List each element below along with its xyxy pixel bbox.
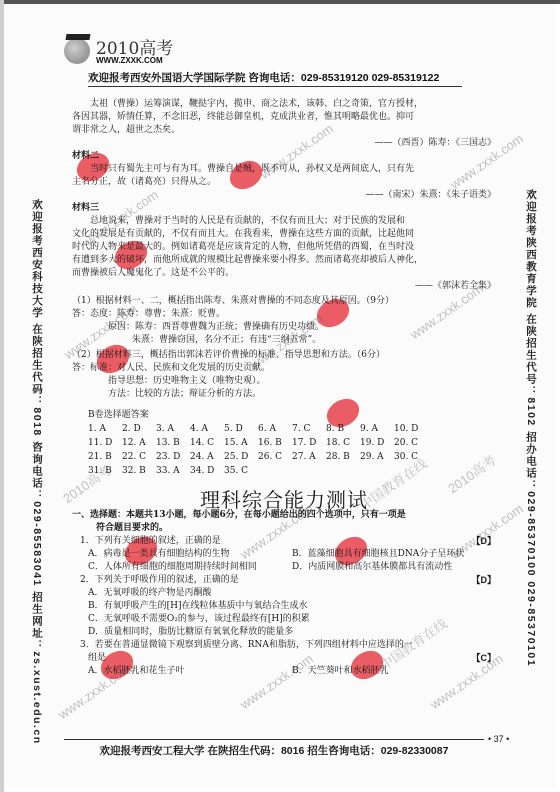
side-ad-left: 欢迎报考西安科技大学 在陕招生代码：8018 咨询电话：029-85583041… [30, 199, 45, 745]
material2-label: 材料二 [72, 150, 496, 163]
material1-line: 太祖（曹操）运筹演谋，鞭挞宇内，揽申、商之法术，该韩、白之奇策，官方授材， [72, 98, 496, 111]
mascot-icon [64, 38, 90, 64]
material1-line: 谓非常之人，超世之杰矣。 [72, 124, 496, 137]
answer-item: 18. C [326, 436, 360, 450]
option-a: A．病毒是一类具有细胞结构的生物 [88, 548, 292, 561]
material3-line: 时代的人物来是最大的。例如诸葛亮是应该肯定的人物，但他所凭借的西蜀，在当时没 [72, 241, 496, 254]
material2-line: 主名分正，故（诸葛亮）只得从之。 [72, 176, 496, 189]
answers-b-title: B卷选择题答案 [72, 409, 496, 422]
answer-item: 33. A [156, 464, 190, 478]
option-d: D．内质网膜和高尔基体膜都具有流动性 [292, 561, 496, 574]
answer-item: 23. D [156, 450, 190, 464]
answer-mark: 【C】 [472, 652, 497, 665]
question-stem: 2．下列关于呼吸作用的叙述，正确的是 [80, 574, 239, 587]
option-c: C．无氧呼吸不需要O₂的参与，该过程最终有[H]的积累 [72, 613, 496, 626]
answer-item: 2. D [122, 422, 156, 436]
footer-banner: 欢迎报考西安工程大学 在陕招生代码：8016 招生咨询电话：029-823300… [64, 739, 484, 758]
answer-item: 1. A [88, 422, 122, 436]
header-banner: 欢迎报考西安外国语大学国际学院 咨询电话：029-85319120 029-85… [88, 70, 462, 87]
option-a: A．水稻胚乳和花生子叶 [88, 665, 292, 678]
answer-item: 20. C [394, 436, 428, 450]
answer-item: 25. D [224, 450, 258, 464]
page-content: 太祖（曹操）运筹演谋，鞭挞宇内，揽申、商之法术，该韩、白之奇策，官方授材， 各因… [72, 98, 496, 678]
material2-line: 当时只有蜀先主可与有为耳。曹操自是贼，既不可从，孙权又是两间底人，只有先 [72, 163, 496, 176]
question-stem: 组是 [88, 652, 106, 665]
answer-item: 12. A [122, 436, 156, 450]
material3-line: 而曹操被后人魔鬼化了。这是不公平的。 [72, 267, 496, 280]
answer-line: 朱熹：曹操窃国，名分不正；有违“三纲五常”。 [72, 334, 496, 347]
options-row: A．病毒是一类具有细胞结构的生物 B．蓝藻细胞具有细胞核且DNA分子呈环状 [72, 548, 496, 561]
answer-item: 8. B [326, 422, 360, 436]
option-b: B．有氧呼吸产生的[H]在线粒体基质中与氧结合生成水 [72, 600, 496, 613]
answer-item: 31. B [88, 464, 122, 478]
answer-mark: 【D】 [472, 535, 497, 548]
answer-item: 22. C [122, 450, 156, 464]
answer-item: 29. A [360, 450, 394, 464]
graduation-cap-icon [65, 34, 90, 40]
exam-page: 2010高考 WWW.ZXXK.COM 欢迎报考西安外国语大学国际学院 咨询电话… [4, 4, 556, 788]
answer-line: 答：标准：对人民、民族和文化发展的历史贡献。 [72, 362, 496, 375]
answer-item: 13. B [156, 436, 190, 450]
material3-source: ——《郭沫若全集》 [72, 280, 496, 293]
option-b: B．天竺葵叶和水稻胚乳 [292, 665, 496, 678]
answer-item: 28. B [326, 450, 360, 464]
sci-question-1: 1．下列有关细胞的叙述，正确的是 【D】 [72, 535, 496, 548]
question-2: （2）根据材料三，概括指出郭沫若评价曹操的标准、指导思想和方法。（6分） [72, 349, 496, 362]
answer-item: 34. D [190, 464, 224, 478]
option-d: D．质量相同时，脂肪比糖原有氧氧化释放的能量多 [72, 626, 496, 639]
answer-item: 3. A [156, 422, 190, 436]
answer-item: 26. C [258, 450, 292, 464]
material2-source: ——（南宋）朱熹：《朱子语类》 [72, 189, 496, 202]
material1-line: 各因其器，矫情任算，不念旧恶，终能总御皇机，克成洪业者，惟其明略最优也。抑可 [72, 111, 496, 124]
sci-question-3: 组是 【C】 [72, 652, 496, 665]
answer-line: 指导思想：历史唯物主义（唯物史观）。 [72, 375, 496, 388]
section-title: 理科综合能力测试 [72, 494, 496, 507]
answer-item: 7. C [292, 422, 326, 436]
answer-item: 27. A [292, 450, 326, 464]
question-1: （1）根据材料一、二，概括指出陈寿、朱熹对曹操的不同态度及其原因。（9分） [72, 295, 496, 308]
option-c: C．人体所有细胞的细胞周期持续时间相同 [88, 561, 292, 574]
section-intro: 一、选择题：本题共13小题，每小题6分，在每小题给出的四个选项中，只有一项是 [72, 509, 496, 522]
answer-item: 15. A [224, 436, 258, 450]
answers-b-grid: 1. A 2. D 3. A 4. A 5. D 6. A 7. C 8. B … [72, 422, 496, 478]
answer-item: 24. A [190, 450, 224, 464]
answer-item: 14. C [190, 436, 224, 450]
answer-item: 9. A [360, 422, 394, 436]
material3-line: 有遭到多大的破坏，而他所成就的规模比起曹操来要小得多。然而诸葛亮却被后人神化， [72, 254, 496, 267]
answer-item: 11. D [88, 436, 122, 450]
material3-line: 总地说来，曹操对于当时的人民是有贡献的，不仅有而且大；对于民族的发展和 [72, 215, 496, 228]
options-row: C．人体所有细胞的细胞周期持续时间相同 D．内质网膜和高尔基体膜都具有流动性 [72, 561, 496, 574]
options-row: A．水稻胚乳和花生子叶 B．天竺葵叶和水稻胚乳 [72, 665, 496, 678]
answer-line: 答：态度：陈寿：尊曹；朱熹：贬曹。 [72, 308, 496, 321]
answer-item: 10. D [394, 422, 428, 436]
answer-item: 35. C [224, 464, 258, 478]
answer-line: 方法：比较的方法；辩证分析的方法。 [72, 388, 496, 401]
answer-line: 原因：陈寿：西晋尊曹魏为正统；曹操确有历史功绩。 [72, 321, 496, 334]
answer-item: 21. B [88, 450, 122, 464]
option-b: B．蓝藻细胞具有细胞核且DNA分子呈环状 [292, 548, 496, 561]
answer-item: 32. B [122, 464, 156, 478]
answer-item: 16. B [258, 436, 292, 450]
option-a: A．无氧呼吸的终产物是丙酮酸 [72, 587, 496, 600]
zxxk-logo: 2010高考 WWW.ZXXK.COM [64, 34, 264, 74]
answer-mark: 【D】 [472, 574, 497, 587]
material3-line: 文化的发展是有贡献的，不仅有而且大。在我看来，曹操在这些方面的贡献，比起他同 [72, 228, 496, 241]
material1-source: ——（西晋）陈寿：《三国志》 [72, 137, 496, 150]
answer-item: 19. D [360, 436, 394, 450]
question-stem: 1．下列有关细胞的叙述，正确的是 [80, 535, 221, 548]
section-intro: 符合题目要求的。 [72, 522, 496, 535]
side-ad-right: 欢迎报考陕西教育学院 在陕招生代号：8102 招办电话：029-85370100… [524, 189, 539, 667]
sci-question-2: 2．下列关于呼吸作用的叙述，正确的是 【D】 [72, 574, 496, 587]
answer-item: 6. A [258, 422, 292, 436]
logo-url: WWW.ZXXK.COM [96, 56, 163, 65]
answer-item: 17. D [292, 436, 326, 450]
answer-item: 30. C [394, 450, 428, 464]
material3-label: 材料三 [72, 202, 496, 215]
page-number: • 37 • [488, 734, 509, 744]
question-stem: 3．若要在普通显微镜下观察到质壁分离、RNA和脂肪，下列四组材料中应选择的一 [72, 639, 496, 652]
answer-item: 4. A [190, 422, 224, 436]
answer-item: 5. D [224, 422, 258, 436]
